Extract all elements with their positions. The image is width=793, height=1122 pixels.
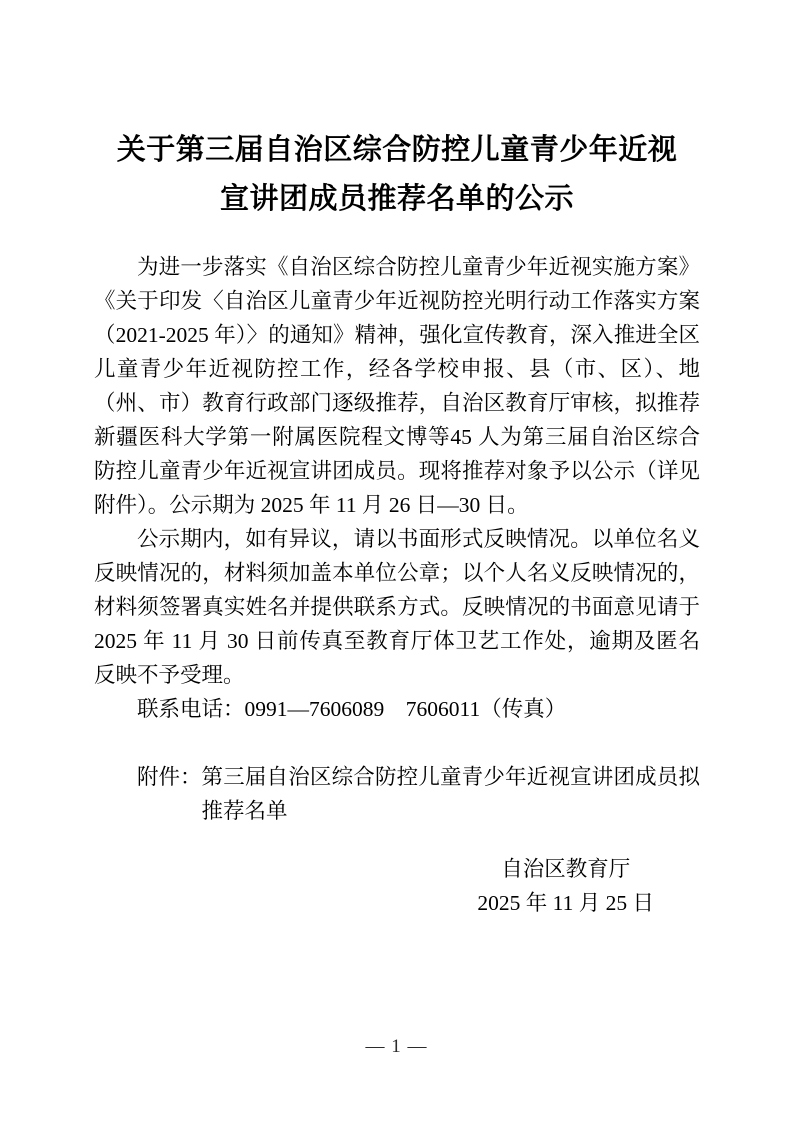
signature-block: 自治区教育厅 2025 年 11 月 25 日: [477, 852, 654, 920]
attachment-title: 第三届自治区综合防控儿童青少年近视宣讲团成员拟推荐名单: [202, 760, 700, 828]
title-line-2: 宣讲团成员推荐名单的公示: [94, 175, 700, 224]
contact-phone-line: 联系电话：0991—7606089 7606011（传真）: [94, 692, 700, 726]
title-line-1: 关于第三届自治区综合防控儿童青少年近视: [94, 126, 700, 175]
attachment-label: 附件：: [137, 760, 202, 794]
signing-date: 2025 年 11 月 25 日: [477, 886, 654, 920]
attachment-line: 附件： 第三届自治区综合防控儿童青少年近视宣讲团成员拟推荐名单: [94, 760, 700, 828]
document-title: 关于第三届自治区综合防控儿童青少年近视 宣讲团成员推荐名单的公示: [94, 126, 700, 224]
signing-organization: 自治区教育厅: [477, 852, 654, 886]
paragraph-intro: 为进一步落实《自治区综合防控儿童青少年近视实施方案》《关于印发〈自治区儿童青少年…: [94, 250, 700, 522]
paragraph-objection: 公示期内，如有异议，请以书面形式反映情况。以单位名义反映情况的，材料须加盖本单位…: [94, 522, 700, 692]
document-body: 为进一步落实《自治区综合防控儿童青少年近视实施方案》《关于印发〈自治区儿童青少年…: [94, 250, 700, 920]
document-page: 关于第三届自治区综合防控儿童青少年近视 宣讲团成员推荐名单的公示 为进一步落实《…: [0, 0, 793, 1122]
page-number: — 1 —: [0, 1032, 793, 1062]
